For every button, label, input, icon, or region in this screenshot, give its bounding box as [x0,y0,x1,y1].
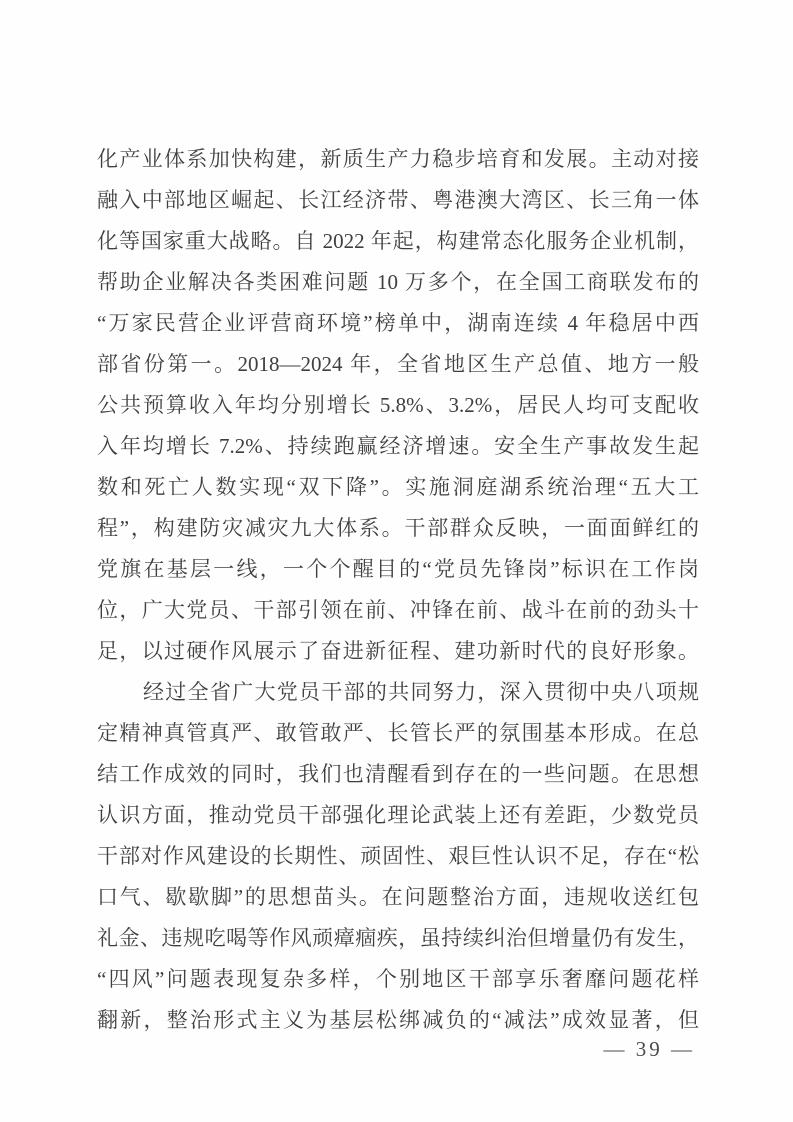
text-line: 位，广大党员、干部引领在前、冲锋在前、战斗在前的劲头十 [97,590,699,631]
text-line: 翻新，整治形式主义为基层松绑减负的“减法”成效显著，但 [97,1000,699,1041]
text-line: “万家民营企业评营商环境”榜单中，湖南连续 4 年稳居中西 [97,303,699,344]
page-number: — 39 — [604,1036,696,1062]
body-text: 化产业体系加快构建，新质生产力稳步培育和发展。主动对接 融入中部地区崛起、长江经… [97,139,699,1041]
text-line: 入年均增长 7.2%、持续跑赢经济增速。安全生产事故发生起 [97,426,699,467]
text-line: 程”，构建防灾减灾九大体系。干部群众反映，一面面鲜红的 [97,508,699,549]
text-line: “四风”问题表现复杂多样，个别地区干部享乐奢靡问题花样 [97,959,699,1000]
text-line: 帮助企业解决各类困难问题 10 万多个，在全国工商联发布的 [97,262,699,303]
text-line: 部省份第一。2018—2024 年，全省地区生产总值、地方一般 [97,344,699,385]
text-line: 公共预算收入年均分别增长 5.8%、3.2%，居民人均可支配收 [97,385,699,426]
text-line: 结工作成效的同时，我们也清醒看到存在的一些问题。在思想 [97,754,699,795]
text-line: 党旗在基层一线，一个个醒目的“党员先锋岗”标识在工作岗 [97,549,699,590]
text-line: 定精神真管真严、敢管敢严、长管长严的氛围基本形成。在总 [97,713,699,754]
paragraph: 经过全省广大党员干部的共同努力，深入贯彻中央八项规 定精神真管真严、敢管敢严、长… [97,672,699,1041]
text-line: 口气、歇歇脚”的思想苗头。在问题整治方面，违规收送红包 [97,877,699,918]
text-line: 化产业体系加快构建，新质生产力稳步培育和发展。主动对接 [97,139,699,180]
text-line: 化等国家重大战略。自 2022 年起，构建常态化服务企业机制， [97,221,699,262]
text-line: 融入中部地区崛起、长江经济带、粤港澳大湾区、长三角一体 [97,180,699,221]
document-page: 化产业体系加快构建，新质生产力稳步培育和发展。主动对接 融入中部地区崛起、长江经… [0,0,793,1122]
text-line: 数和死亡人数实现“双下降”。实施洞庭湖系统治理“五大工 [97,467,699,508]
text-line: 足，以过硬作风展示了奋进新征程、建功新时代的良好形象。 [97,631,699,672]
text-line: 干部对作风建设的长期性、顽固性、艰巨性认识不足，存在“松 [97,836,699,877]
paragraph-continuation: 化产业体系加快构建，新质生产力稳步培育和发展。主动对接 融入中部地区崛起、长江经… [97,139,699,672]
text-line: 认识方面，推动党员干部强化理论武装上还有差距，少数党员 [97,795,699,836]
text-line: 经过全省广大党员干部的共同努力，深入贯彻中央八项规 [97,672,699,713]
text-line: 礼金、违规吃喝等作风顽瘴痼疾，虽持续纠治但增量仍有发生， [97,918,699,959]
